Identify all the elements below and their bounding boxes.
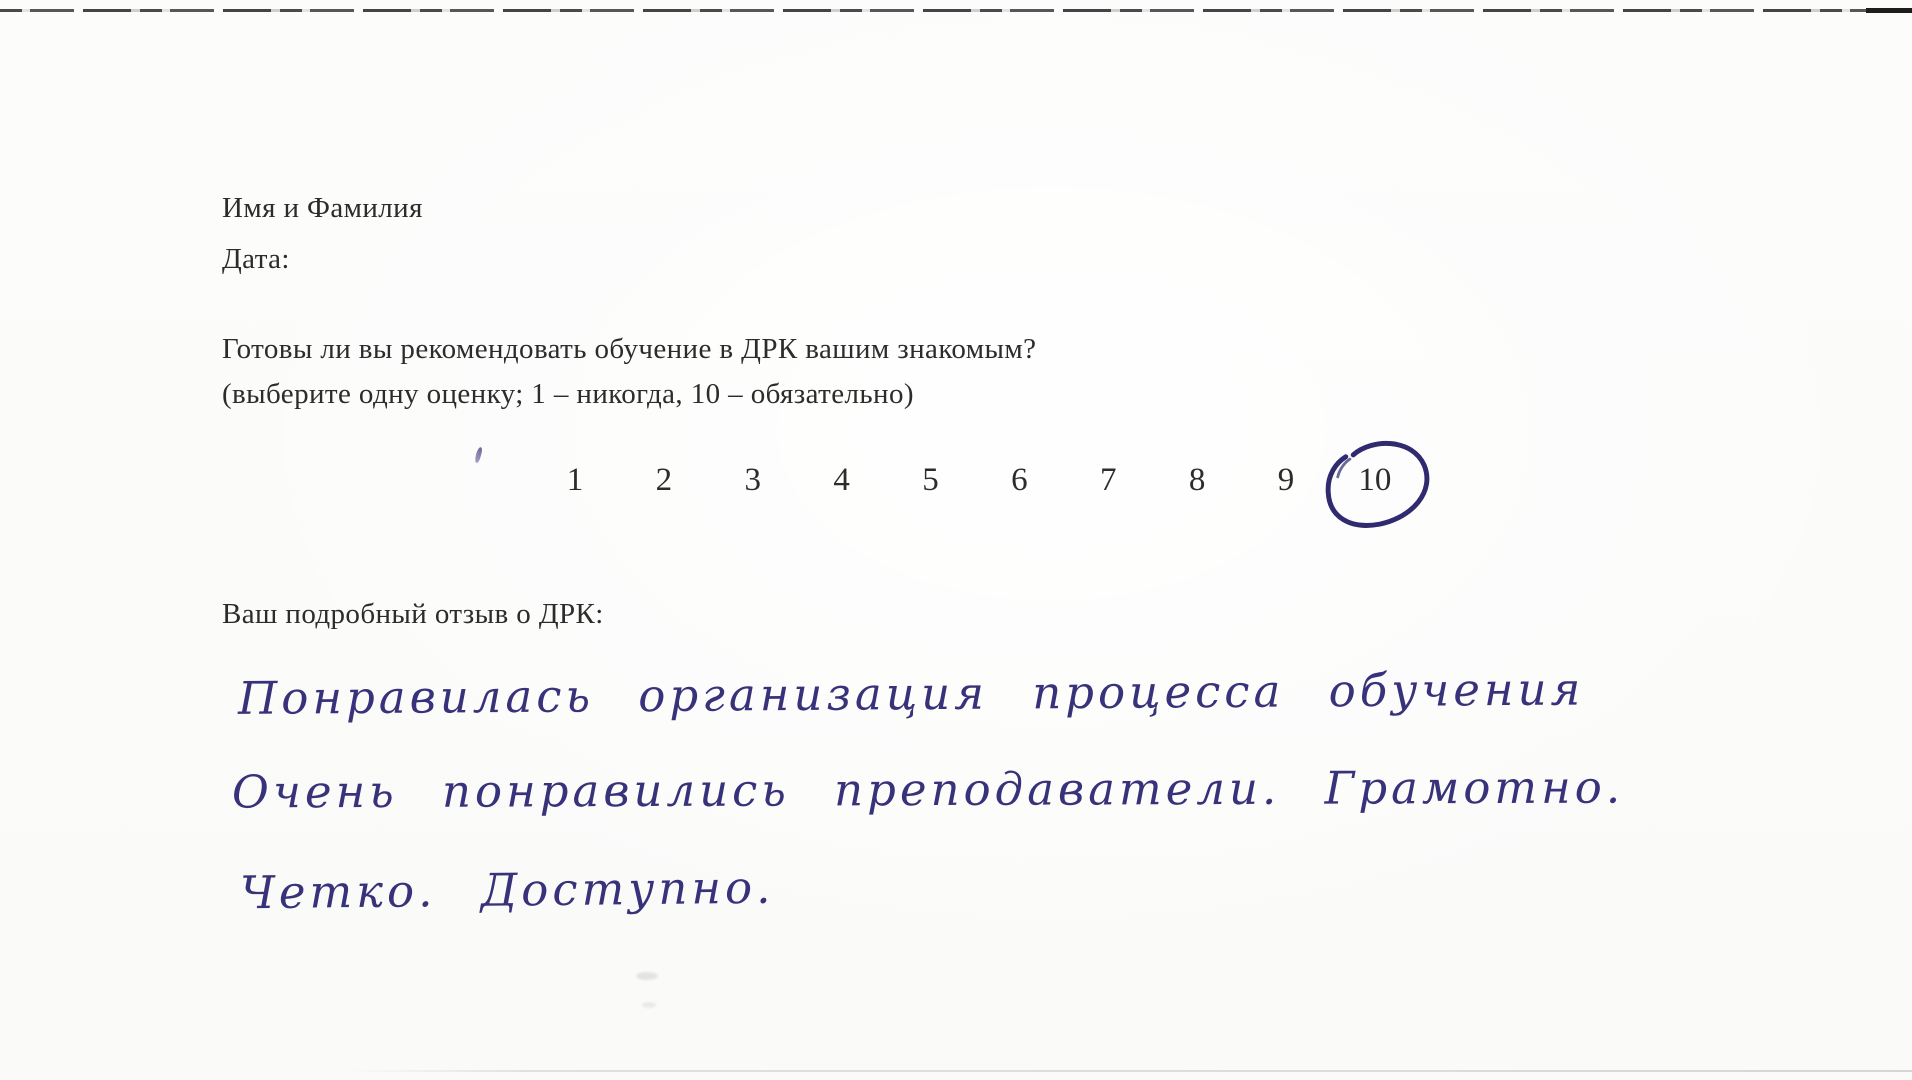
scan-smudge [636,972,658,980]
scale-option-7: 7 [1088,462,1128,499]
scan-edge-artifact-top-end [1866,8,1912,13]
scale-option-4: 4 [822,462,862,499]
scale-option-8: 8 [1177,462,1217,499]
handwritten-line-3: Четко. Доступно. [240,831,1633,942]
scale-option-10-value: 10 [1358,462,1391,498]
handwritten-line-2: Очень понравились преподаватели. Грамотн… [232,740,1624,841]
scale-option-10-selected: 10 [1355,462,1395,499]
scale-option-1: 1 [555,462,595,499]
scale-option-6: 6 [999,462,1039,499]
scan-smudge [642,1002,656,1008]
scale-option-9: 9 [1266,462,1306,499]
date-label: Дата: [222,243,290,276]
scanned-feedback-form: Имя и Фамилия Дата: Готовы ли вы рекомен… [0,0,1912,1080]
scan-edge-artifact-bottom [348,1070,1912,1072]
scale-option-5: 5 [911,462,951,499]
handwritten-response: Понравилась организация процесса обучени… [238,646,1630,934]
rating-scale: 1 2 3 4 5 6 7 8 9 10 [555,462,1395,499]
name-label: Имя и Фамилия [222,192,423,225]
scale-option-3: 3 [733,462,773,499]
scale-option-2: 2 [644,462,684,499]
pen-tick-mark [474,447,483,464]
question-hint: (выберите одну оценку; 1 – никогда, 10 –… [222,378,914,411]
feedback-label: Ваш подробный отзыв о ДРК: [222,598,604,631]
question-text: Готовы ли вы рекомендовать обучение в ДР… [222,333,1036,366]
handwritten-line-1: Понравилась организация процесса обучени… [238,641,1631,747]
scan-edge-artifact-top [0,9,1912,12]
